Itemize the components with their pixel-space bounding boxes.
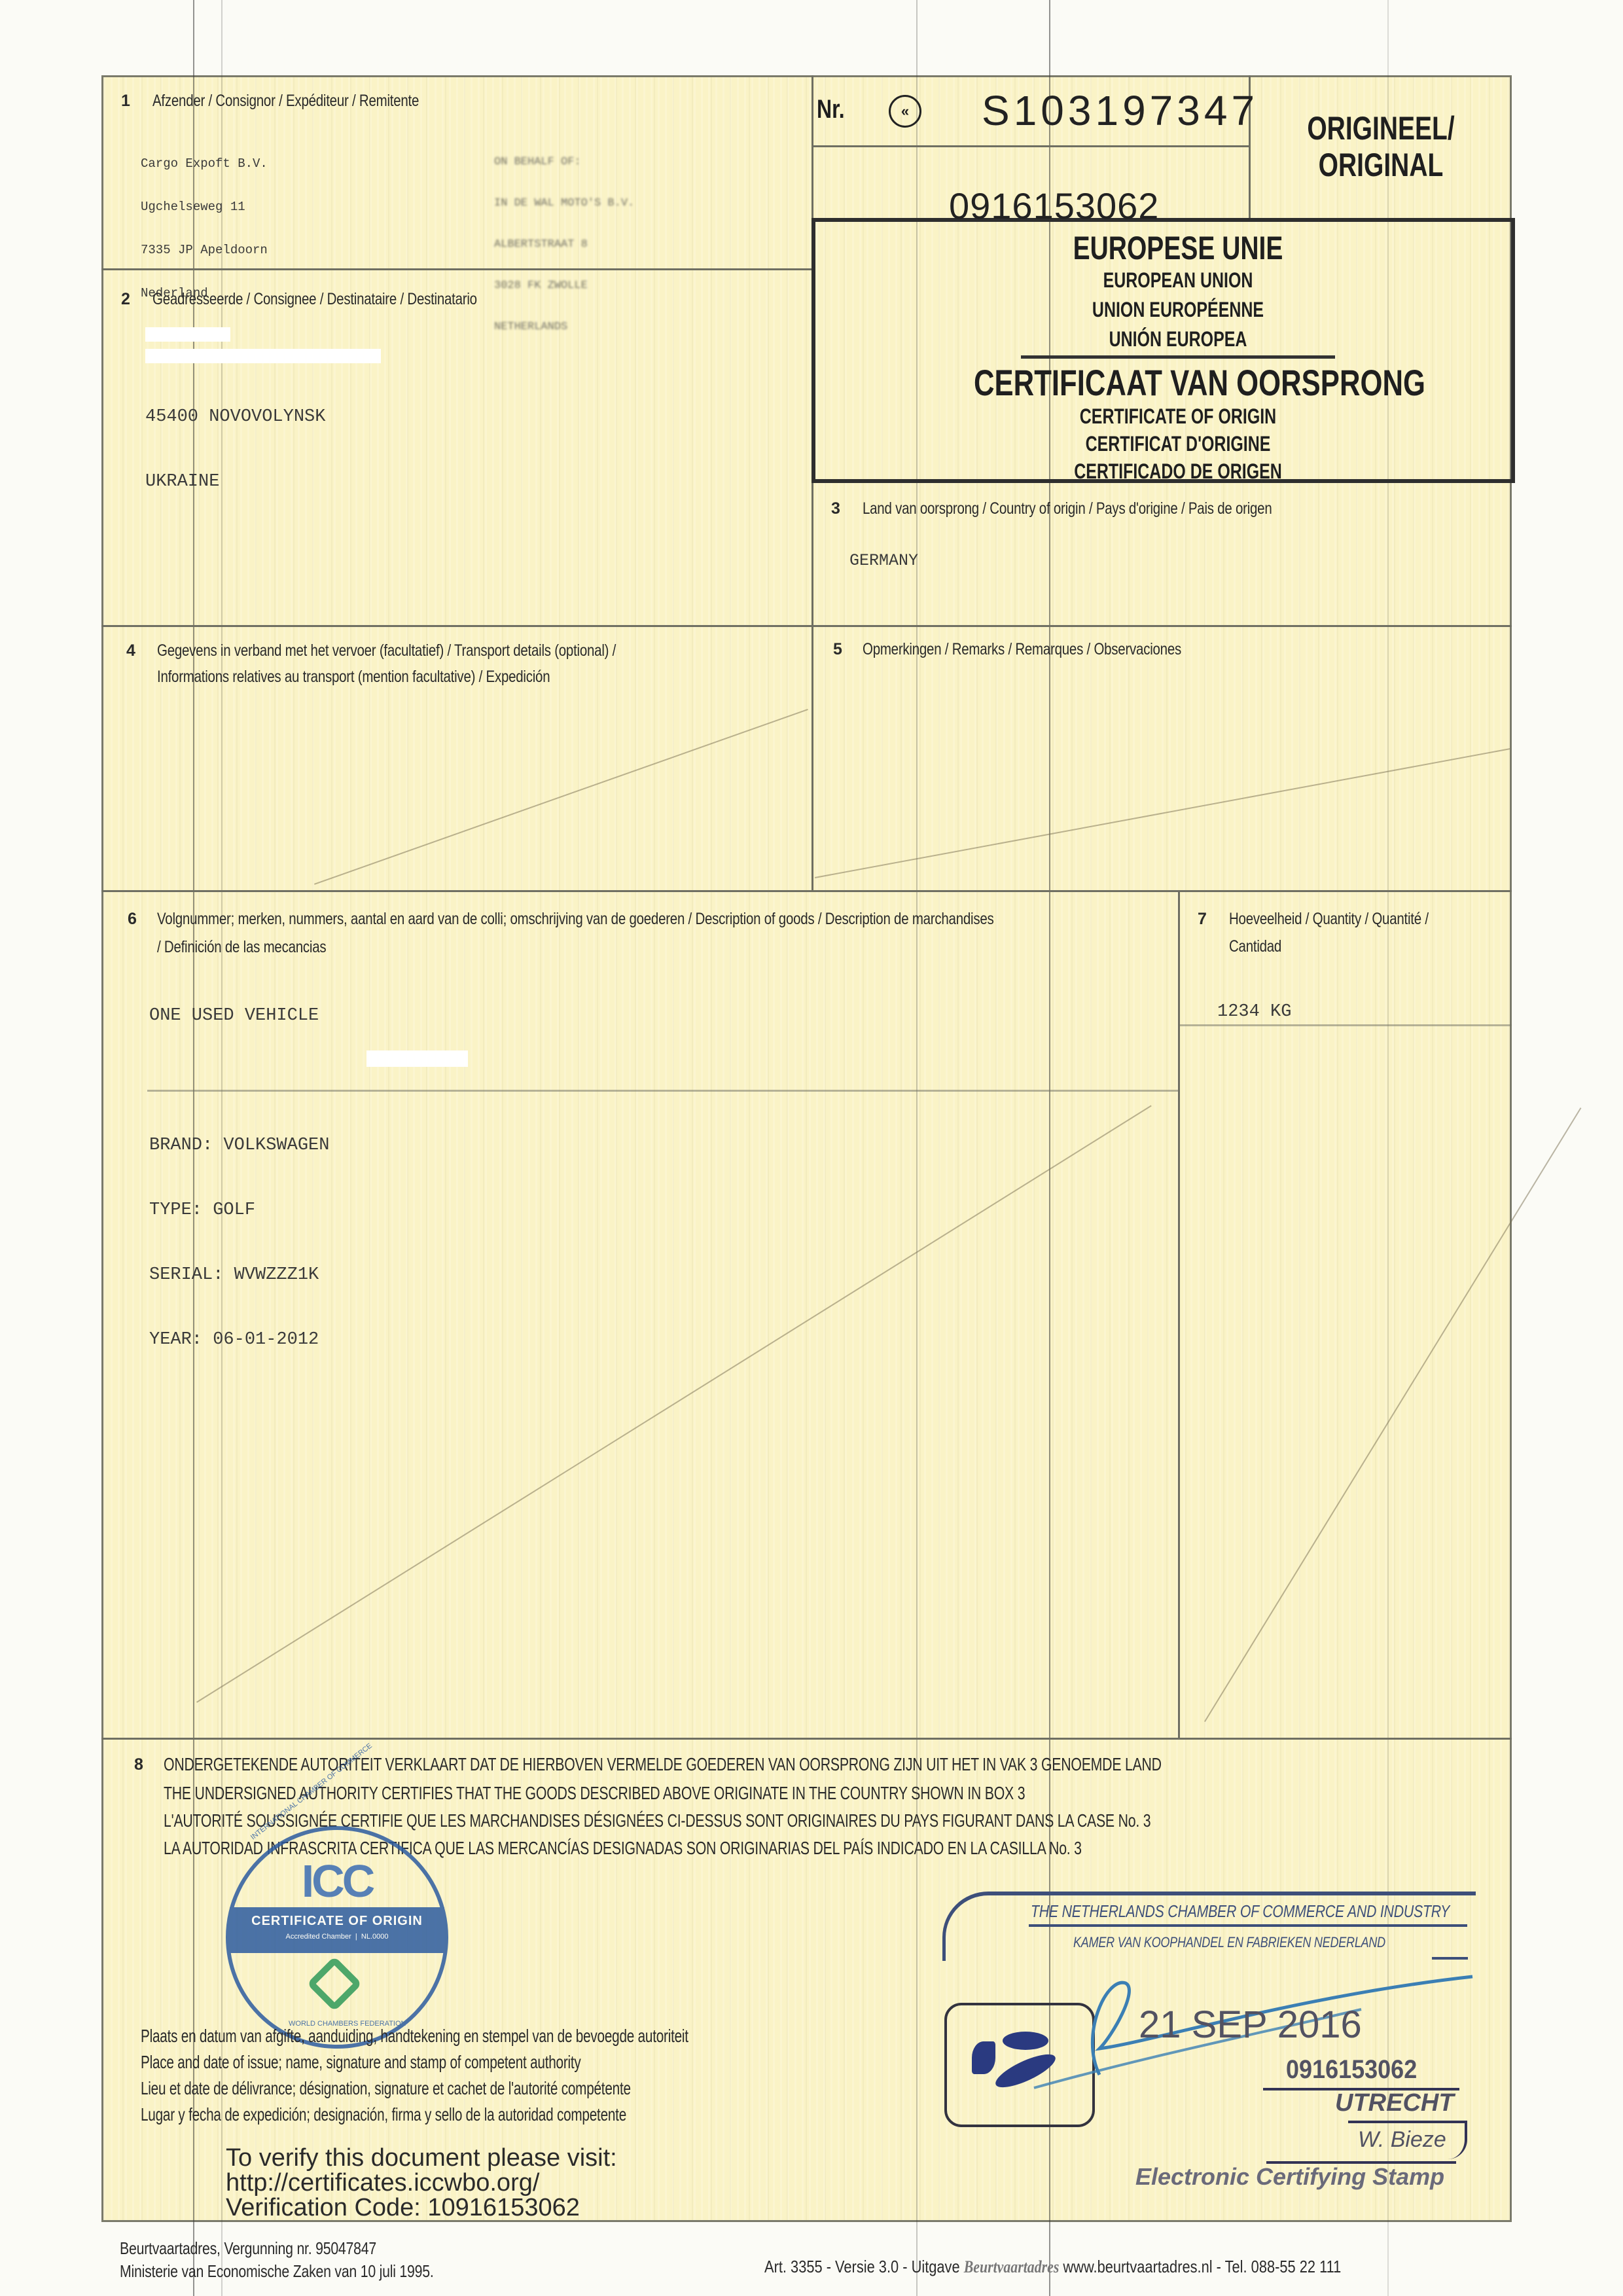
certificate-title: CERTIFICAAT VAN OORSPRONG xyxy=(974,361,1382,404)
serial-number: S103197347 xyxy=(982,86,1258,135)
stamp-city: UTRECHT xyxy=(1335,2089,1454,2117)
icc-band: CERTIFICATE OF ORIGIN Accredited Chamber… xyxy=(230,1907,444,1953)
certificate-title-fr: CERTIFICAT D'ORIGINE xyxy=(1025,432,1331,456)
icc-stamp: ICC CERTIFICATE OF ORIGIN Accredited Cha… xyxy=(226,1826,448,2049)
box-number: 2 xyxy=(121,290,130,309)
footer-brand: Beurtvaartadres xyxy=(964,2257,1060,2276)
certificate-title-es: CERTIFICADO DE ORIGEN xyxy=(1025,459,1331,484)
on-behalf-line: IN DE WAL MOTO'S B.V. xyxy=(494,196,634,210)
box6-label-2: / Definición de las mecancias xyxy=(157,938,326,957)
divider xyxy=(811,145,1250,147)
footer-article: Art. 3355 - Versie 3.0 - Uitgave xyxy=(764,2257,960,2276)
divider xyxy=(101,625,1512,627)
chamber-rule xyxy=(1029,1924,1467,1927)
goods-description: ONE USED VEHICLE BRAND: VOLKSWAGEN TYPE:… xyxy=(149,962,329,1372)
place-date-label-es: Lugar y fecha de expedición; designación… xyxy=(141,2104,626,2125)
goods-line: TYPE: GOLF xyxy=(149,1200,329,1221)
footer-ministry: Ministerie van Economische Zaken van 10 … xyxy=(120,2261,434,2282)
on-behalf-line: ALBERTSTRAAT 8 xyxy=(494,238,634,251)
redaction xyxy=(145,327,230,342)
on-behalf-line: 3028 FK ZWOLLE xyxy=(494,279,634,293)
box-number: 8 xyxy=(134,1755,143,1774)
goods-line-blank xyxy=(149,1070,329,1092)
footer-contact: www.beurtvaartadres.nl - Tel. 088-55 22 … xyxy=(1063,2257,1341,2276)
redaction xyxy=(366,1050,468,1067)
box2-label: Geadresseerde / Consignee / Destinataire… xyxy=(152,290,477,309)
divider xyxy=(101,890,1512,892)
consignee-line: 45400 NOVOVOLYNSK xyxy=(145,406,325,428)
consignor-line: Cargo Expoft B.V. xyxy=(141,156,268,171)
box5-label: Opmerkingen / Remarks / Remarques / Obse… xyxy=(863,640,1181,659)
place-date-label-fr: Lieu et date de délivrance; désignation,… xyxy=(141,2078,631,2099)
consignor-line: Ugchelseweg 11 xyxy=(141,200,268,214)
chamber-name-en: THE NETHERLANDS CHAMBER OF COMMERCE AND … xyxy=(1031,1901,1450,1922)
reference-number: 0916153062 xyxy=(949,185,1159,227)
stamp-caption: Electronic Certifying Stamp xyxy=(1135,2163,1444,2191)
on-behalf-address: ON BEHALF OF: IN DE WAL MOTO'S B.V. ALBE… xyxy=(494,128,634,348)
consignee-address: 45400 NOVOVOLYNSK UKRAINE xyxy=(145,363,325,514)
box-number: 6 xyxy=(128,910,137,929)
icc-band-sub-left: Accredited Chamber xyxy=(286,1933,351,1941)
title-rule xyxy=(1021,355,1335,359)
declaration-fr: L'AUTORITÉ SOUSSIGNÉE CERTIFIE QUE LES M… xyxy=(164,1810,1150,1831)
box4-label-1: Gegevens in verband met het vervoer (fac… xyxy=(157,641,616,660)
union-title-fr: UNION EUROPÉENNE xyxy=(1025,298,1331,322)
box-number: 4 xyxy=(126,641,135,660)
box-number: 3 xyxy=(831,499,840,518)
country-of-origin: GERMANY xyxy=(849,550,918,571)
kvk-logo-icon xyxy=(972,2041,995,2074)
stamp-reference: 0916153062 xyxy=(1286,2055,1417,2085)
place-date-label-en: Place and date of issue; name, signature… xyxy=(141,2052,581,2073)
certificate-title-en: CERTIFICATE OF ORIGIN xyxy=(1025,404,1331,429)
declaration-nl: ONDERGETEKENDE AUTORITEIT VERKLAART DAT … xyxy=(164,1754,1162,1775)
verify-url[interactable]: http://certificates.iccwbo.org/ xyxy=(226,2170,617,2195)
icc-band-sub-right: NL.0000 xyxy=(361,1933,389,1941)
original-label: ORIGINEEL/ ORIGINAL xyxy=(1279,110,1483,183)
goods-line: ONE USED VEHICLE xyxy=(149,1005,329,1027)
on-behalf-line: NETHERLANDS xyxy=(494,320,634,334)
on-behalf-line: ON BEHALF OF: xyxy=(494,155,634,169)
issue-date: 21 SEP 2016 xyxy=(1139,2003,1362,2047)
icc-logo: ICC xyxy=(230,1855,444,1907)
chamber-name-nl: KAMER VAN KOOPHANDEL EN FABRIEKEN NEDERL… xyxy=(1073,1934,1385,1951)
redaction xyxy=(145,349,381,363)
union-title-es: UNIÓN EUROPEA xyxy=(1025,327,1331,351)
icc-band-title: CERTIFICATE OF ORIGIN xyxy=(230,1907,444,1929)
box7-label-2: Cantidad xyxy=(1229,937,1281,956)
verify-code: Verification Code: 10916153062 xyxy=(226,2195,617,2220)
consignee-line: UKRAINE xyxy=(145,471,325,493)
box7-label-1: Hoeveelheid / Quantity / Quantité / xyxy=(1229,910,1429,929)
number-prefix: Nr. xyxy=(817,95,845,124)
quantity-value: 1234 KG xyxy=(1217,1001,1291,1023)
divider xyxy=(1178,1024,1512,1026)
box6-label-1: Volgnummer; merken, nummers, aantal en a… xyxy=(157,910,993,929)
goods-line: SERIAL: WVWZZZ1K xyxy=(149,1265,329,1286)
goods-line: YEAR: 06-01-2012 xyxy=(149,1329,329,1351)
box-number: 5 xyxy=(833,640,842,659)
wcf-logo-icon xyxy=(307,1956,363,2012)
footer-publisher: Art. 3355 - Versie 3.0 - Uitgave Beurtva… xyxy=(764,2257,1341,2277)
stamp-signatory: W. Bieze xyxy=(1358,2127,1446,2153)
original-label-nl: ORIGINEEL/ xyxy=(1279,110,1483,147)
verification-block: To verify this document please visit: ht… xyxy=(226,2145,617,2220)
box4-label-2: Informations relatives au transport (men… xyxy=(157,668,550,687)
rewind-circle-icon: « xyxy=(889,95,921,128)
consignor-address: Cargo Expoft B.V. Ugchelseweg 11 7335 JP… xyxy=(141,128,268,315)
union-title: EUROPESE UNIE xyxy=(1025,229,1331,267)
union-title-en: EUROPEAN UNION xyxy=(1025,268,1331,293)
divider xyxy=(1178,890,1180,1738)
footer-license: Beurtvaartadres, Vergunning nr. 95047847 xyxy=(120,2238,376,2259)
icc-band-sub: Accredited Chamber | NL.0000 xyxy=(230,1929,444,1941)
box-number: 1 xyxy=(121,92,130,111)
box3-label: Land van oorsprong / Country of origin /… xyxy=(863,499,1272,518)
consignor-line: 7335 JP Apeldoorn xyxy=(141,243,268,257)
verify-instruction: To verify this document please visit: xyxy=(226,2145,617,2170)
place-date-label-nl: Plaats en datum van afgifte, aanduiding,… xyxy=(141,2026,688,2047)
box1-label: Afzender / Consignor / Expéditeur / Remi… xyxy=(152,92,419,111)
original-label-en: ORIGINAL xyxy=(1279,147,1483,183)
divider xyxy=(101,1738,1512,1740)
goods-line: BRAND: VOLKSWAGEN xyxy=(149,1135,329,1157)
box-number: 7 xyxy=(1198,910,1207,929)
